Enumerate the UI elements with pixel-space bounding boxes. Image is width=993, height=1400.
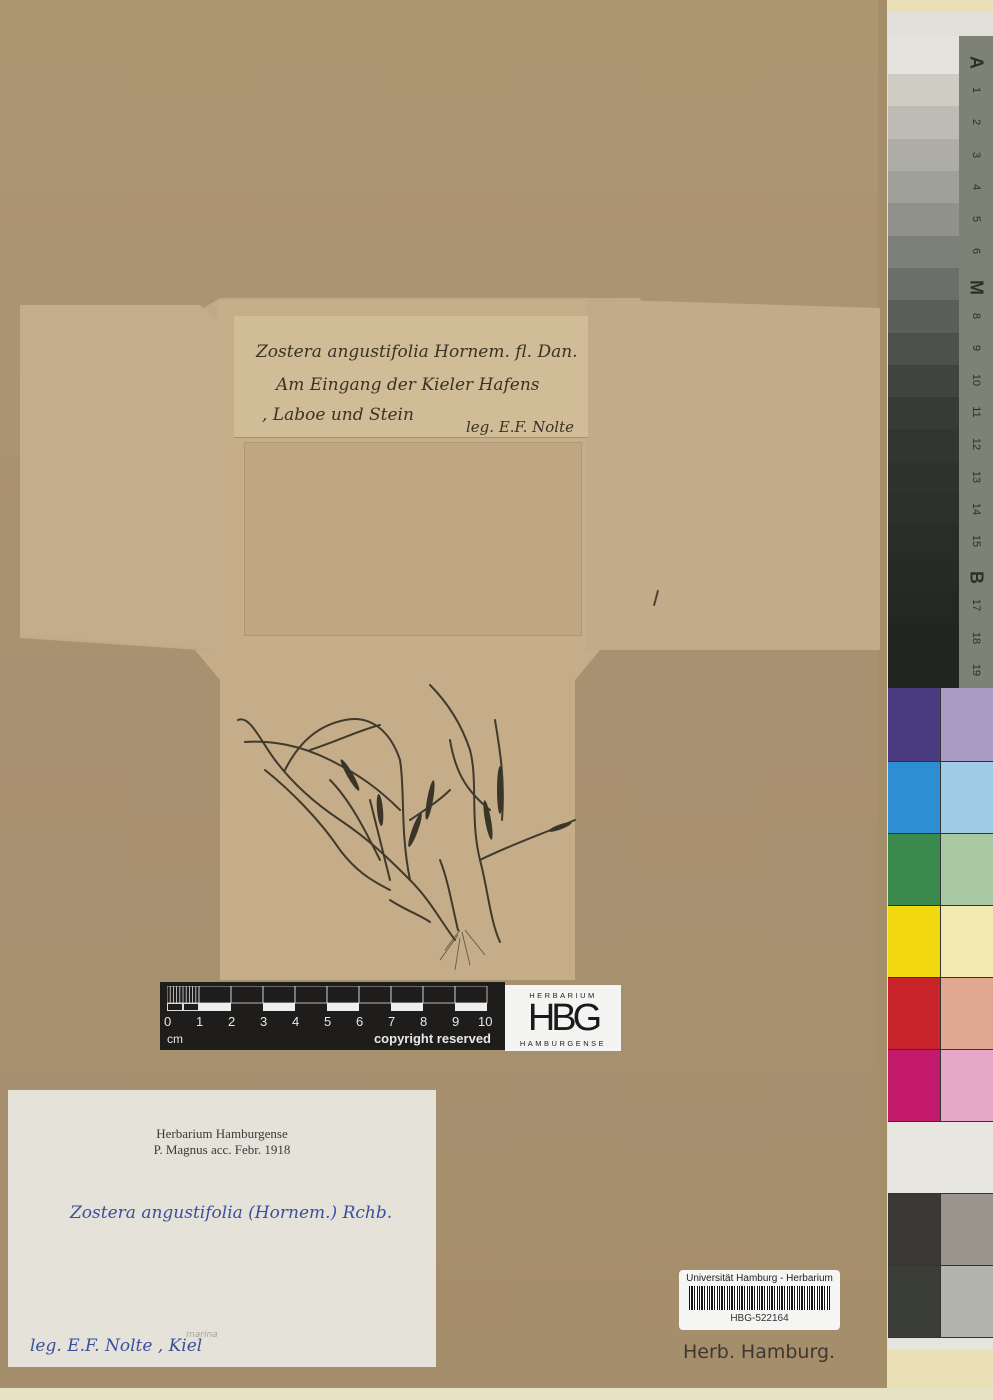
color-patch [888, 1194, 940, 1266]
gray-label: 12 [970, 427, 982, 461]
logo-bottom-text: HAMBURGENSE [505, 1039, 621, 1048]
herbarium-stamp: Herb. Hamburg. [683, 1341, 835, 1363]
color-patch [888, 688, 940, 762]
color-patch [888, 906, 940, 978]
color-patch [940, 1050, 993, 1122]
gray-label: 11 [970, 395, 982, 429]
color-checker-card [882, 688, 993, 1388]
gray-patch [888, 74, 959, 107]
color-patch [940, 688, 993, 762]
scale-number: 8 [420, 1014, 427, 1029]
color-patch [888, 762, 940, 834]
gray-label: 14 [970, 492, 982, 526]
determination-label: Herbarium Hamburgense P. Magnus acc. Feb… [8, 1090, 436, 1367]
barcode-title: Universität Hamburg - Herbarium [679, 1273, 840, 1284]
gray-patch [888, 429, 959, 462]
color-patch [888, 978, 940, 1050]
gray-patch [888, 397, 959, 430]
gray-label: 6 [970, 234, 982, 268]
gray-patch [888, 139, 959, 172]
gray-label: 3 [970, 138, 982, 172]
gray-patch [888, 462, 959, 495]
scale-number: 9 [452, 1014, 459, 1029]
scale-number: 3 [260, 1014, 267, 1029]
barcode-id: HBG-522164 [679, 1313, 840, 1324]
scale-unit: cm [167, 1032, 183, 1046]
envelope-label-line-3: , Laboe und Stein [262, 405, 414, 425]
color-patch [888, 1122, 993, 1194]
scale-number: 1 [196, 1014, 203, 1029]
gray-patch [888, 365, 959, 398]
color-patch [940, 1266, 993, 1338]
gray-patch [888, 106, 959, 139]
scale-number: 6 [356, 1014, 363, 1029]
gray-label: 18 [970, 621, 982, 655]
copyright-notice: copyright reserved [374, 1031, 491, 1046]
scale-bar-ticks-icon [167, 986, 489, 1014]
envelope-label-line-1: Zostera angustifolia Hornem. fl. Dan. [256, 342, 578, 362]
gray-label: 4 [970, 170, 982, 204]
scale-bar: 0 1 2 3 4 5 6 7 8 9 10 cm copyright rese… [160, 982, 505, 1050]
gray-label: 8 [970, 299, 982, 333]
color-patch [940, 906, 993, 978]
color-patch [940, 1194, 993, 1266]
envelope-right-flap [580, 300, 880, 655]
scale-number: 2 [228, 1014, 235, 1029]
barcode-label: Universität Hamburg - Herbarium HBG-5221… [679, 1270, 840, 1330]
color-card-bottom-white [888, 1338, 993, 1350]
gray-patch [888, 333, 959, 366]
gray-patches [888, 36, 959, 688]
gray-label: 9 [970, 331, 982, 365]
herbarium-sheet: A123456M89101112131415B171819 Zostera an… [0, 0, 993, 1400]
gray-label: 1 [970, 73, 982, 107]
gray-patch [888, 236, 959, 269]
color-patch [940, 978, 993, 1050]
scale-number: 0 [164, 1014, 171, 1029]
gray-patch [888, 494, 959, 527]
color-patch [940, 834, 993, 906]
gray-label: 5 [970, 202, 982, 236]
gray-patch [888, 171, 959, 204]
envelope-inner-pocket [244, 442, 582, 636]
label-pencil-note: marina [186, 1330, 218, 1340]
logo-main-text: HBG [505, 997, 621, 1040]
label-taxon-name: Zostera angustifolia (Hornem.) Rchb. [70, 1203, 392, 1223]
scale-number: 4 [292, 1014, 299, 1029]
gray-patch [888, 203, 959, 236]
color-patch [888, 1050, 940, 1122]
gray-patch [888, 300, 959, 333]
color-patch [888, 1266, 940, 1338]
gray-label: 13 [970, 460, 982, 494]
scale-number: 5 [324, 1014, 331, 1029]
envelope-label-line-2: Am Eingang der Kieler Hafens [276, 375, 540, 395]
envelope-label-line-4: leg. E.F. Nolte [466, 418, 574, 436]
gray-patch [888, 526, 959, 559]
grayscale-card: A123456M89101112131415B171819 [888, 36, 993, 688]
plant-specimen-icon [230, 680, 590, 980]
label-institution: Herbarium Hamburgense [8, 1126, 436, 1142]
color-patch [940, 762, 993, 834]
gray-patch [888, 36, 959, 76]
gray-labels: A123456M89101112131415B171819 [959, 36, 993, 688]
envelope-left-flap [20, 305, 225, 650]
gray-label: 19 [970, 653, 982, 687]
gray-patch [888, 623, 959, 656]
gray-label: 2 [970, 105, 982, 139]
gray-patch [888, 268, 959, 301]
label-collector: leg. E.F. Nolte , Kiel [30, 1336, 202, 1356]
hbg-logo: HERBARIUM HBG HAMBURGENSE [505, 985, 621, 1051]
scale-number: 7 [388, 1014, 395, 1029]
gray-patch [888, 591, 959, 624]
gray-label: 15 [970, 524, 982, 558]
gray-patch [888, 656, 959, 689]
barcode-icon [689, 1286, 830, 1310]
scale-number: 10 [478, 1014, 492, 1029]
bottom-background-strip [0, 1388, 993, 1400]
gray-patch [888, 559, 959, 592]
gray-label: 17 [970, 588, 982, 622]
label-accession: P. Magnus acc. Febr. 1918 [8, 1142, 436, 1158]
color-card-top-white [888, 12, 993, 36]
gray-label: 10 [970, 363, 982, 397]
color-patch [888, 834, 940, 906]
